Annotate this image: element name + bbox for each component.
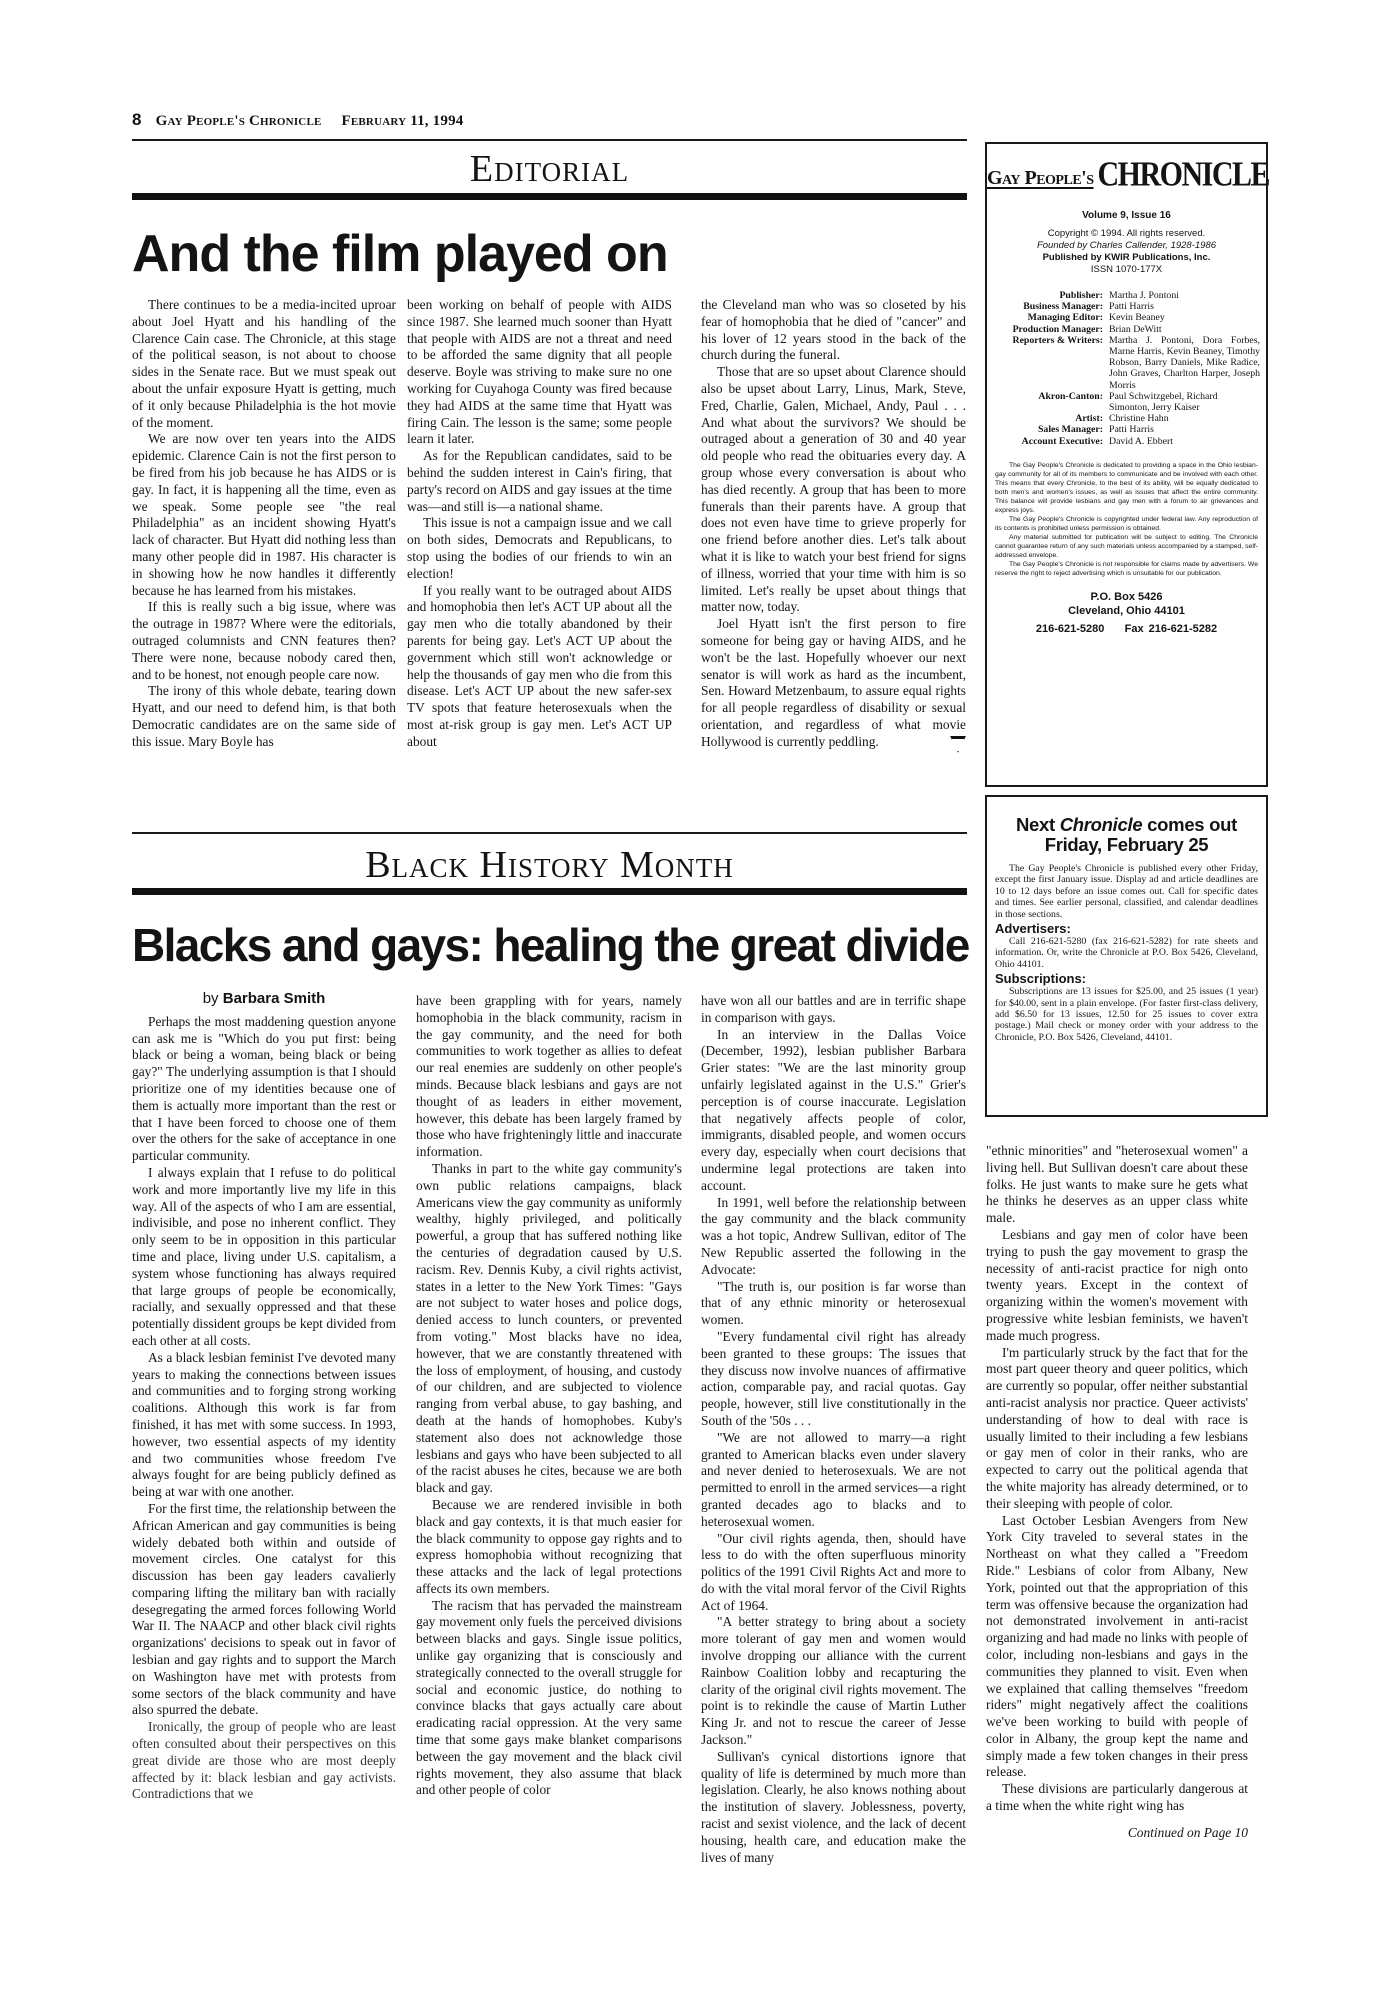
next-issue-title: Next Chronicle comes out Friday, Februar… xyxy=(987,815,1266,855)
editorial-column-2: been working on behalf of people with AI… xyxy=(407,297,672,751)
paragraph: have been grappling with for years, name… xyxy=(416,993,682,1161)
paragraph: "We are not allowed to marry—a right gra… xyxy=(701,1430,966,1531)
staff-row: Production Manager:Brian DeWitt xyxy=(987,324,1266,335)
paragraph: "Every fundamental civil right has alrea… xyxy=(701,1329,966,1430)
staff-row: Akron-Canton:Paul Schwitzgebel, Richard … xyxy=(987,391,1266,413)
volume-issue: Volume 9, Issue 16 xyxy=(987,210,1266,222)
bhm-column-4: "ethnic minorities" and "heterosexual wo… xyxy=(986,1143,1248,1842)
paragraph: Because we are rendered invisible in bot… xyxy=(416,1497,682,1598)
paragraph: "The truth is, our position is far worse… xyxy=(701,1279,966,1329)
paragraph: The racism that has pervaded the mainstr… xyxy=(416,1598,682,1800)
paragraph: As for the Republican candidates, said t… xyxy=(407,448,672,515)
header-rule xyxy=(132,139,967,141)
contact-address: P.O. Box 5426 Cleveland, Ohio 44101 216-… xyxy=(987,590,1266,636)
staff-row: Managing Editor:Kevin Beaney xyxy=(987,312,1266,323)
section-title-editorial: Editorial xyxy=(132,150,967,188)
paragraph: Perhaps the most maddening question anyo… xyxy=(132,1014,396,1165)
next-issue-box: Next Chronicle comes out Friday, Februar… xyxy=(985,795,1268,1117)
staff-row: Business Manager:Patti Harris xyxy=(987,301,1266,312)
paragraph: As a black lesbian feminist I've devoted… xyxy=(132,1350,396,1501)
founded: Founded by Charles Callender, 1928-1986 xyxy=(987,240,1266,252)
paragraph: If you really want to be outraged about … xyxy=(407,583,672,751)
masthead-logo: Gay People's Chronicle xyxy=(987,158,1266,192)
paragraph: Ironically, the group of people who are … xyxy=(132,1719,396,1803)
paragraph: For the first time, the relationship bet… xyxy=(132,1501,396,1719)
copyright: Copyright © 1994. All rights reserved. xyxy=(987,228,1266,240)
paragraph: "Our civil rights agenda, then, should h… xyxy=(701,1531,966,1615)
paragraph: Joel Hyatt isn't the first person to fir… xyxy=(701,616,966,750)
publication-name: Gay People's Chronicle xyxy=(156,113,322,129)
paragraph: Sullivan's cynical distortions ignore th… xyxy=(701,1749,966,1867)
paragraph: Last October Lesbian Avengers from New Y… xyxy=(986,1513,1248,1782)
section-rule-top-bhm xyxy=(132,832,967,834)
next-issue-date: Friday, February 25 xyxy=(1045,834,1209,855)
masthead-box: Gay People's Chronicle Volume 9, Issue 1… xyxy=(985,142,1268,787)
staff-list: Publisher:Martha J. Pontoni Business Man… xyxy=(987,290,1266,447)
bhm-column-1: by Barbara Smith Perhaps the most madden… xyxy=(132,991,396,1803)
paragraph: In 1991, well before the relationship be… xyxy=(701,1195,966,1279)
paragraph: Lesbians and gay men of color have been … xyxy=(986,1227,1248,1345)
paragraph: We are now over ten years into the AIDS … xyxy=(132,431,396,599)
byline: by Barbara Smith xyxy=(132,991,396,1008)
issue-date: February 11, 1994 xyxy=(341,113,463,129)
editorial-headline: And the film played on xyxy=(132,228,668,280)
subscriptions-heading: Subscriptions: xyxy=(995,972,1258,986)
editorial-column-1: There continues to be a media-incited up… xyxy=(132,297,396,751)
paragraph: been working on behalf of people with AI… xyxy=(407,297,672,448)
paragraph: "ethnic minorities" and "heterosexual wo… xyxy=(986,1143,1248,1227)
paragraph: These divisions are particularly dangero… xyxy=(986,1781,1248,1815)
bhm-column-2: have been grappling with for years, name… xyxy=(416,993,682,1799)
staff-row: Artist:Christine Hahn xyxy=(987,413,1266,424)
paragraph: I'm particularly struck by the fact that… xyxy=(986,1345,1248,1513)
publisher-company: Published by KWIR Publications, Inc. xyxy=(987,252,1266,264)
editorial-column-3: the Cleveland man who was so closeted by… xyxy=(701,297,966,753)
policy-statement: The Gay People's Chronicle is dedicated … xyxy=(995,461,1258,578)
phone-number: 216-621-5280 xyxy=(1036,623,1105,635)
running-head: 8 Gay People's Chronicle February 11, 19… xyxy=(132,110,967,130)
section-rule-editorial xyxy=(132,193,967,200)
advertisers-heading: Advertisers: xyxy=(995,922,1258,936)
staff-row: Reporters & Writers:Martha J. Pontoni, D… xyxy=(987,335,1266,391)
paragraph: If this is really such a big issue, wher… xyxy=(132,599,396,683)
fax-number: Fax 216-621-5282 xyxy=(1125,623,1218,635)
paragraph: Those that are so upset about Clarence s… xyxy=(701,364,966,616)
page-number: 8 xyxy=(132,110,142,129)
paragraph: The irony of this whole debate, tearing … xyxy=(132,683,396,750)
staff-row: Account Executive:David A. Ebbert xyxy=(987,436,1266,447)
section-title-bhm: Black History Month xyxy=(132,846,967,884)
bhm-column-3: have won all our battles and are in terr… xyxy=(701,993,966,1866)
paragraph: This issue is not a campaign issue and w… xyxy=(407,515,672,582)
paragraph: "A better strategy to bring about a soci… xyxy=(701,1614,966,1748)
paragraph: There continues to be a media-incited up… xyxy=(132,297,396,431)
staff-row: Publisher:Martha J. Pontoni xyxy=(987,290,1266,301)
continued-link[interactable]: Continued on Page 10 xyxy=(986,1825,1248,1842)
author-name: Barbara Smith xyxy=(223,990,326,1007)
section-rule-bhm xyxy=(132,888,967,895)
masthead-info: Volume 9, Issue 16 Copyright © 1994. All… xyxy=(987,210,1266,276)
issn: ISSN 1070-177X xyxy=(987,264,1266,276)
staff-row: Sales Manager:Patti Harris xyxy=(987,424,1266,435)
bhm-headline: Blacks and gays: healing the great divid… xyxy=(132,922,972,968)
paragraph: the Cleveland man who was so closeted by… xyxy=(701,297,966,364)
paragraph: have won all our battles and are in terr… xyxy=(701,993,966,1027)
next-issue-body: The Gay People's Chronicle is published … xyxy=(995,863,1258,1043)
paragraph: Thanks in part to the white gay communit… xyxy=(416,1161,682,1497)
paragraph: I always explain that I refuse to do pol… xyxy=(132,1165,396,1350)
end-mark-icon xyxy=(950,736,966,753)
paragraph: In an interview in the Dallas Voice (Dec… xyxy=(701,1027,966,1195)
